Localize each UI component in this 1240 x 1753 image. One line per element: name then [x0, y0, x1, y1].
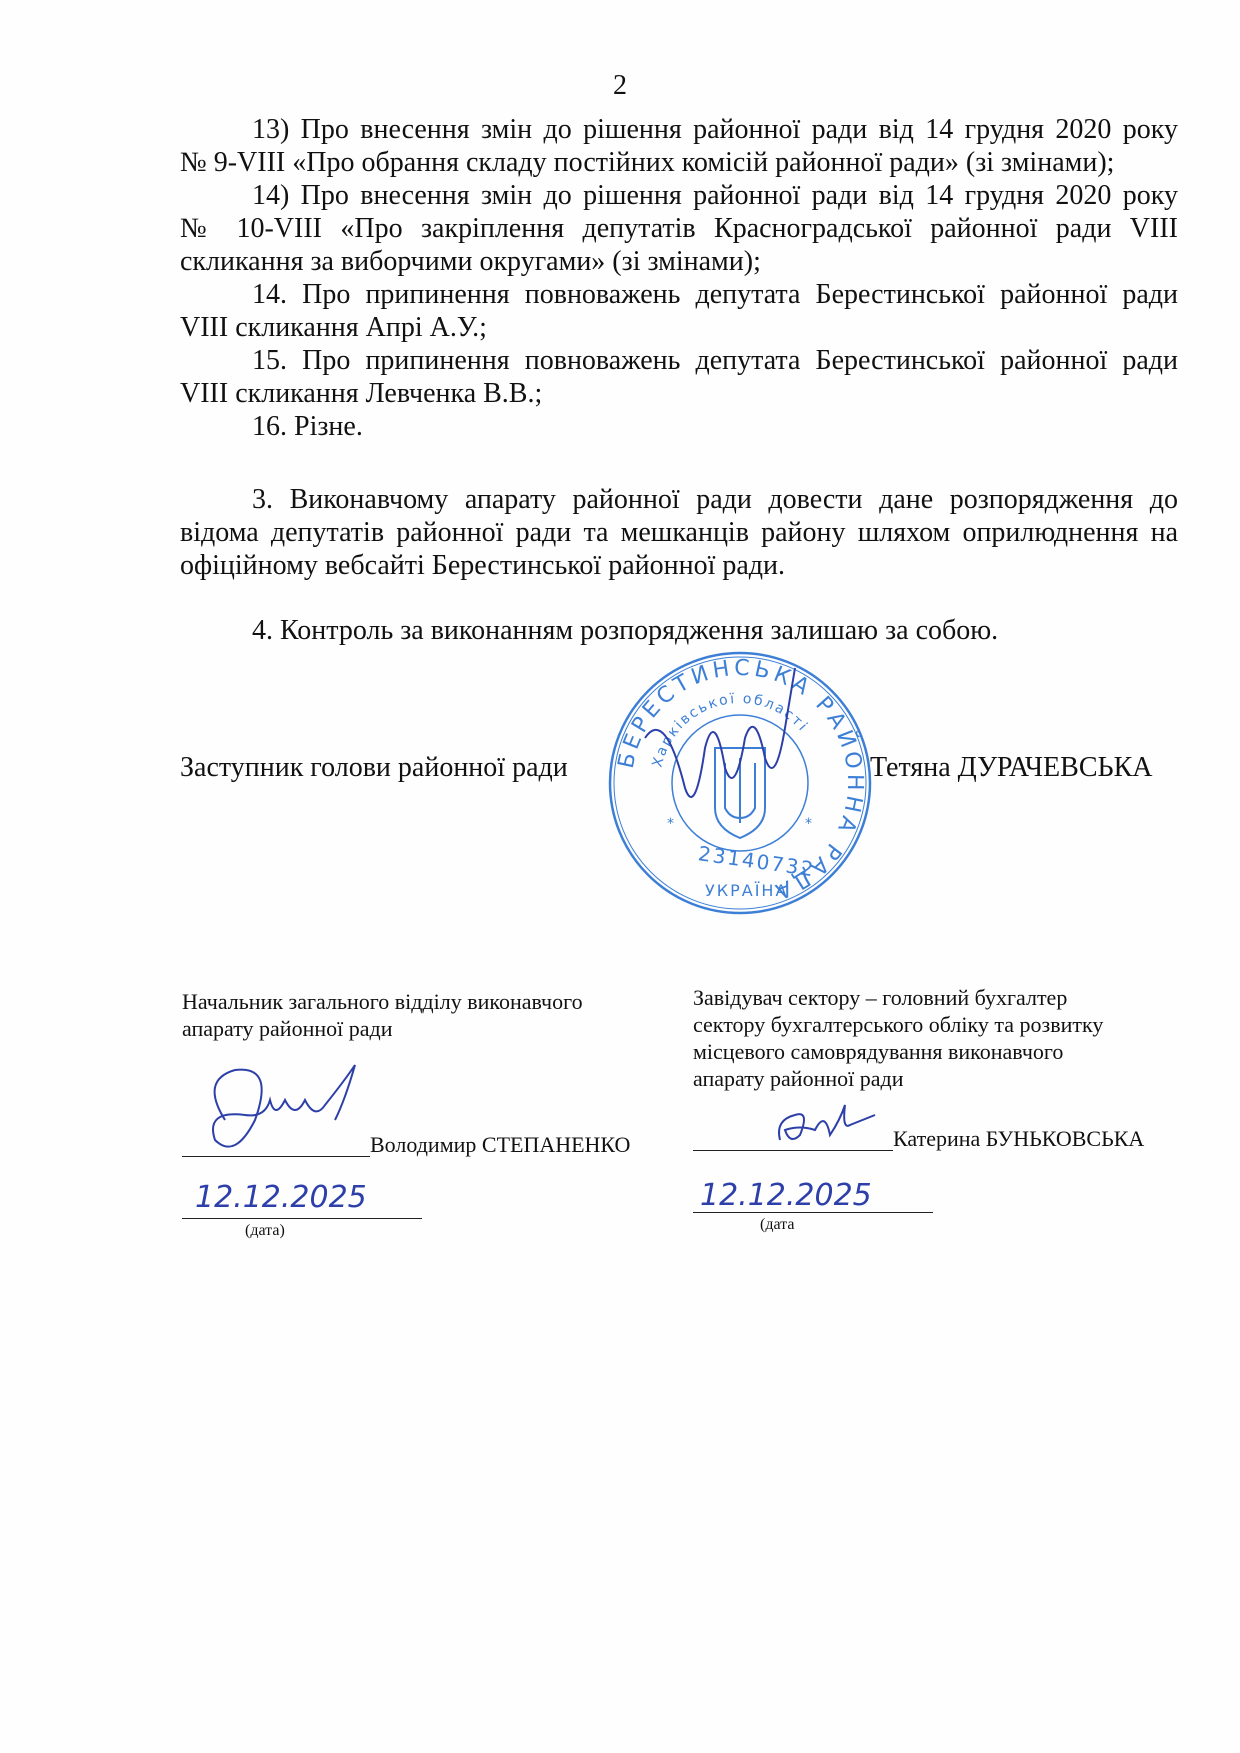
agenda-item-13: 13) Про внесення змін до рішення районно… [180, 113, 1178, 179]
agenda-line: № 10-VIII «Про закріплення депутатів Кра… [180, 212, 1178, 245]
date-label-right: (дата [760, 1216, 794, 1234]
agenda-line: 14) Про внесення змін до рішення районно… [180, 179, 1178, 212]
page-number: 2 [0, 70, 1240, 102]
agenda-line: 14. Про припинення повноважень депутата … [180, 278, 1178, 311]
svg-text:*: * [667, 816, 674, 832]
signature-line-left [182, 1156, 370, 1157]
clause-line: 4. Контроль за виконанням розпорядження … [180, 614, 1178, 647]
handwritten-date-left: 12.12.2025 [195, 1180, 367, 1215]
clause-3: 3. Виконавчому апарату районної ради дов… [180, 483, 1178, 582]
approver-name-left: Володимир СТЕПАНЕНКО [370, 1132, 630, 1158]
approval-right: Завідувач сектору – головний бухгалтер с… [693, 984, 1213, 1092]
clause-4: 4. Контроль за виконанням розпорядження … [180, 614, 1178, 647]
approver-title-line: місцевого самоврядування виконавчого [693, 1038, 1213, 1065]
signature-line-right [693, 1150, 893, 1151]
approver-title-line: Начальник загального відділу виконавчого [182, 988, 642, 1015]
clause-line: відома депутатів районної ради та мешкан… [180, 516, 1178, 549]
approver-title-line: апарату районної ради [182, 1015, 642, 1042]
agenda-item-16: 16. Різне. [180, 410, 1178, 443]
approval-left: Начальник загального відділу виконавчого… [182, 988, 642, 1042]
date-line-left [182, 1218, 422, 1219]
agenda-line: 16. Різне. [180, 410, 1178, 443]
approver-title-line: сектору бухгалтерського обліку та розвит… [693, 1011, 1213, 1038]
agenda-line: VIII скликання Апрі А.У.; [180, 311, 1178, 344]
approver-title-line: апарату районної ради [693, 1065, 1213, 1092]
document-page: 2 13) Про внесення змін до рішення район… [0, 0, 1240, 1753]
signatory-title: Заступник голови районної ради [180, 752, 568, 784]
svg-text:*: * [805, 816, 812, 832]
agenda-item-14a: 14) Про внесення змін до рішення районно… [180, 179, 1178, 278]
agenda-item-15: 15. Про припинення повноважень депутата … [180, 344, 1178, 410]
official-stamp-icon: БЕРЕСТИНСЬКА РАЙОННА РАДА Харківської об… [605, 648, 875, 918]
approver-title-line: Завідувач сектору – головний бухгалтер [693, 984, 1213, 1011]
date-line-right [693, 1212, 933, 1213]
signature-stepanenko-icon [195, 1060, 375, 1170]
agenda-line: № 9-VIII «Про обрання складу постійних к… [180, 146, 1178, 179]
signatory-name: Тетяна ДУРАЧЕВСЬКА [870, 752, 1152, 784]
agenda-line: скликання за виборчими округами» (зі змі… [180, 245, 1178, 278]
handwritten-date-right: 12.12.2025 [700, 1178, 872, 1213]
signature-bunkovska-icon [770, 1100, 880, 1150]
approver-name-right: Катерина БУНЬКОВСЬКА [893, 1126, 1144, 1152]
svg-text:23140732: 23140732 [697, 841, 817, 881]
agenda-line: VIII скликання Левченка В.В.; [180, 377, 1178, 410]
agenda-line: 15. Про припинення повноважень депутата … [180, 344, 1178, 377]
svg-text:УКРАЇНА: УКРАЇНА [705, 881, 788, 900]
agenda-item-14b: 14. Про припинення повноважень депутата … [180, 278, 1178, 344]
date-label-left: (дата) [245, 1222, 285, 1240]
agenda-items: 13) Про внесення змін до рішення районно… [180, 113, 1178, 443]
clause-line: офіційному вебсайті Берестинської районн… [180, 549, 1178, 582]
agenda-line: 13) Про внесення змін до рішення районно… [180, 113, 1178, 146]
clause-line: 3. Виконавчому апарату районної ради дов… [180, 483, 1178, 516]
